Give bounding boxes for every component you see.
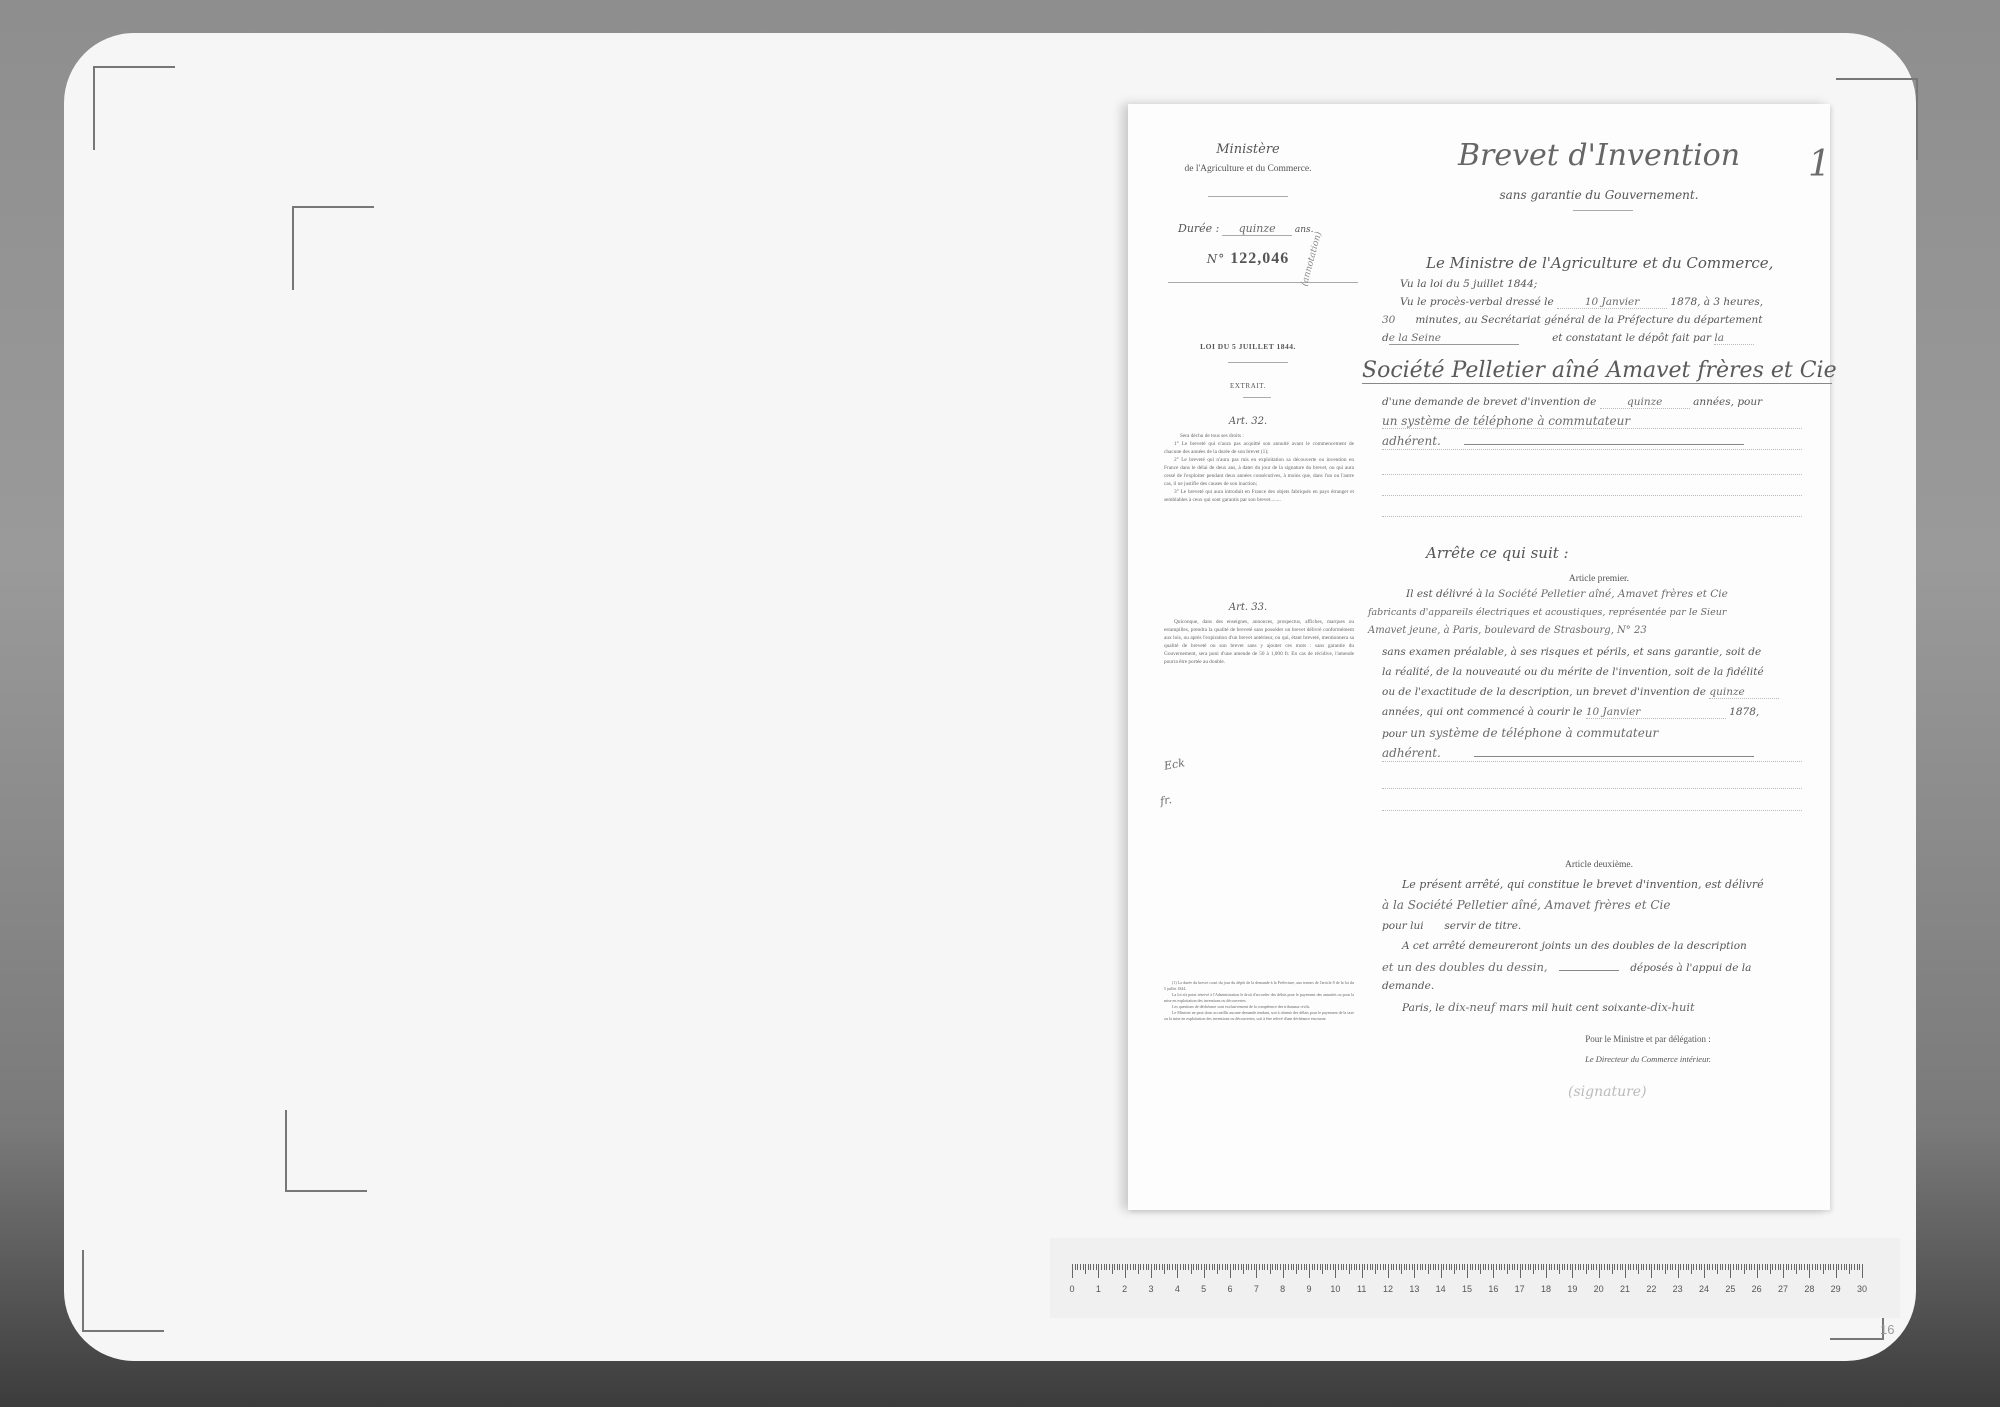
article1-body: sans examen préalable, à ses risques et … xyxy=(1382,646,1812,658)
ruler-tick xyxy=(1783,1264,1784,1278)
ruler-tick xyxy=(1096,1264,1097,1270)
ruler-tick xyxy=(1304,1264,1305,1270)
ruler-tick xyxy=(1496,1264,1497,1270)
duration-unit: ans. xyxy=(1295,225,1314,235)
ruler-tick xyxy=(1525,1264,1526,1270)
patent-number: 122,046 xyxy=(1230,250,1289,267)
arrete-heading: Arrête ce qui suit : xyxy=(1426,544,1569,562)
ruler-tick xyxy=(1754,1264,1755,1270)
ruler-label: 18 xyxy=(1541,1284,1551,1294)
ruler-tick xyxy=(1272,1264,1273,1270)
ruler-tick xyxy=(1351,1264,1352,1270)
article2-line3-suffix: servir de titre. xyxy=(1444,920,1521,932)
signature-line2: Le Directeur du Commerce intérieur. xyxy=(1518,1054,1778,1064)
ruler-tick xyxy=(1707,1264,1708,1270)
ruler-tick xyxy=(1183,1264,1184,1270)
issue-date: dix-neuf mars xyxy=(1448,1000,1528,1014)
date-mid: mil huit cent soixante- xyxy=(1531,1002,1650,1014)
invention-title-end: adhérent. xyxy=(1382,746,1441,760)
ruler-tick xyxy=(1270,1264,1271,1274)
ruler-tick xyxy=(1551,1264,1552,1270)
crop-mark-bottom-left-outer xyxy=(82,1250,164,1332)
ruler-tick xyxy=(1446,1264,1447,1270)
ruler-tick xyxy=(1778,1264,1779,1270)
article1-line2: fabricants d'appareils électriques et ac… xyxy=(1368,607,1818,618)
article2-line3: pour lui servir de titre. xyxy=(1382,920,1812,932)
ruler-tick xyxy=(1146,1264,1147,1270)
ruler-tick xyxy=(1217,1264,1218,1274)
constatant-text: et constatant le dépôt fait par xyxy=(1552,332,1711,344)
ruler-tick xyxy=(1372,1264,1373,1270)
ruler-tick xyxy=(1604,1264,1605,1270)
ruler-tick xyxy=(1588,1264,1589,1270)
ruler-tick xyxy=(1593,1264,1594,1270)
ruler-tick xyxy=(1085,1264,1086,1274)
ruler-tick xyxy=(1309,1264,1310,1278)
article1-prefix: Il est délivré à xyxy=(1406,588,1482,600)
ruler-label: 1 xyxy=(1096,1284,1101,1294)
ruler-tick xyxy=(1393,1264,1394,1270)
ruler-label: 20 xyxy=(1594,1284,1604,1294)
ruler-label: 9 xyxy=(1306,1284,1311,1294)
document-title: Brevet d'Invention xyxy=(1368,138,1830,173)
art32-heading: Art. 32. xyxy=(1128,416,1368,427)
invention-title-line2: adhérent. xyxy=(1382,434,1802,450)
ruler-tick xyxy=(1838,1264,1839,1270)
art32-para: 2° Le breveté qui n'aura pas mis en expl… xyxy=(1164,456,1354,488)
footnote-para: Le Ministre ne peut donc accueillir aucu… xyxy=(1164,1010,1354,1022)
document-subtitle: sans garantie du Gouvernement. xyxy=(1368,188,1830,202)
ruler-tick xyxy=(1154,1264,1155,1270)
ruler-tick xyxy=(1772,1264,1773,1270)
ruler-tick xyxy=(1214,1264,1215,1270)
ruler-label: 23 xyxy=(1673,1284,1683,1294)
ruler-tick xyxy=(1633,1264,1634,1270)
ruler-tick xyxy=(1672,1264,1673,1270)
ruler-tick xyxy=(1599,1264,1600,1278)
ruler-tick xyxy=(1204,1264,1205,1278)
ruler-tick xyxy=(1399,1264,1400,1270)
ruler-tick xyxy=(1791,1264,1792,1270)
ruler-tick xyxy=(1206,1264,1207,1270)
ruler-tick xyxy=(1836,1264,1837,1278)
ruler-tick xyxy=(1622,1264,1623,1270)
ruler-tick xyxy=(1686,1264,1687,1270)
ruler-label: 28 xyxy=(1804,1284,1814,1294)
ruler-tick xyxy=(1090,1264,1091,1270)
ruler-tick xyxy=(1485,1264,1486,1270)
ruler-tick xyxy=(1404,1264,1405,1270)
ruler-tick xyxy=(1320,1264,1321,1270)
ruler-tick xyxy=(1483,1264,1484,1270)
ruler-tick xyxy=(1172,1264,1173,1270)
ruler-tick xyxy=(1591,1264,1592,1270)
article2-line1: Le présent arrêté, qui constitue le brev… xyxy=(1402,878,1822,891)
article1-body4-prefix: années, qui ont commencé à courir le xyxy=(1382,706,1583,718)
footnote-para: (1) La durée du brevet court du jour du … xyxy=(1164,980,1354,992)
art32-para: 1° Le breveté qui n'aura pas acquitté so… xyxy=(1164,440,1354,456)
ruler-tick xyxy=(1530,1264,1531,1270)
ruler-tick xyxy=(1691,1264,1692,1274)
ruler-tick xyxy=(1846,1264,1847,1270)
ruler-tick xyxy=(1280,1264,1281,1270)
issue-date-row: Paris, le dix-neuf mars mil huit cent so… xyxy=(1402,1000,1822,1014)
grantee-name: la Société Pelletier aîné, Amavet frères… xyxy=(1485,588,1728,600)
ruler-tick xyxy=(1830,1264,1831,1270)
minister-line: Le Ministre de l'Agriculture et du Comme… xyxy=(1426,254,1773,272)
ruler-tick xyxy=(1807,1264,1808,1270)
crop-mark-bottom-left-inner xyxy=(285,1110,367,1192)
ruler-tick xyxy=(1367,1264,1368,1270)
ruler-tick xyxy=(1725,1264,1726,1270)
ruler-tick xyxy=(1396,1264,1397,1270)
ruler-tick xyxy=(1462,1264,1463,1270)
ruler-tick xyxy=(1688,1264,1689,1270)
ruler-tick xyxy=(1117,1264,1118,1270)
ruler-tick xyxy=(1143,1264,1144,1270)
ruler-tick xyxy=(1851,1264,1852,1270)
start-year: 1878, xyxy=(1729,706,1759,718)
ruler-tick xyxy=(1607,1264,1608,1270)
margin-initials: Eck xyxy=(1163,756,1186,772)
article2-line6: demande. xyxy=(1382,980,1434,992)
ruler-tick xyxy=(1343,1264,1344,1270)
ruler-tick xyxy=(1759,1264,1760,1270)
ruler-tick xyxy=(1383,1264,1384,1270)
ruler-tick xyxy=(1862,1264,1863,1278)
duration-value: quinze xyxy=(1222,222,1292,236)
blank-line xyxy=(1382,788,1802,789)
ruler-tick xyxy=(1169,1264,1170,1270)
ruler-tick xyxy=(1770,1264,1771,1274)
ruler-tick xyxy=(1704,1264,1705,1278)
ruler-tick xyxy=(1651,1264,1652,1278)
ruler-tick xyxy=(1717,1264,1718,1274)
ruler-tick xyxy=(1114,1264,1115,1270)
ruler-tick xyxy=(1470,1264,1471,1270)
ruler-tick xyxy=(1844,1264,1845,1270)
ruler-tick xyxy=(1346,1264,1347,1270)
ruler-tick xyxy=(1185,1264,1186,1270)
ruler-tick xyxy=(1212,1264,1213,1270)
ruler-tick xyxy=(1575,1264,1576,1270)
article2-grantee: à la Société Pelletier aîné, Amavet frèr… xyxy=(1382,898,1812,912)
ruler-tick xyxy=(1188,1264,1189,1270)
ruler-tick xyxy=(1227,1264,1228,1270)
ruler-tick xyxy=(1549,1264,1550,1270)
ruler-label: 17 xyxy=(1515,1284,1525,1294)
ruler-label: 19 xyxy=(1567,1284,1577,1294)
ruler-tick xyxy=(1857,1264,1858,1270)
law-footnote: (1) La durée du brevet court du jour du … xyxy=(1164,980,1354,1022)
ruler-tick xyxy=(1744,1264,1745,1274)
ruler-tick xyxy=(1799,1264,1800,1270)
ruler-tick xyxy=(1325,1264,1326,1270)
ruler-tick xyxy=(1720,1264,1721,1270)
ruler-tick xyxy=(1654,1264,1655,1270)
ruler-tick xyxy=(1733,1264,1734,1270)
ruler-tick xyxy=(1746,1264,1747,1270)
ruler-tick xyxy=(1657,1264,1658,1270)
ruler-tick xyxy=(1535,1264,1536,1270)
ruler-tick xyxy=(1630,1264,1631,1270)
ruler-label: 14 xyxy=(1436,1284,1446,1294)
left-column: Ministère de l'Agriculture et du Commerc… xyxy=(1128,104,1368,1210)
issue-year: dix-huit xyxy=(1650,1000,1694,1014)
ruler-tick xyxy=(1156,1264,1157,1270)
blank-line xyxy=(1382,516,1802,517)
article1-heading: Article premier. xyxy=(1368,574,1830,584)
article1-body: années, qui ont commencé à courir le 10 … xyxy=(1382,706,1812,719)
ruler-tick xyxy=(1291,1264,1292,1270)
page-number: 16 xyxy=(1880,1322,1894,1337)
ruler-tick xyxy=(1151,1264,1152,1278)
ruler-tick xyxy=(1456,1264,1457,1270)
ruler-tick xyxy=(1683,1264,1684,1270)
ruler-label: 5 xyxy=(1201,1284,1206,1294)
ruler-tick xyxy=(1385,1264,1386,1270)
signature-line1: Pour le Ministre et par délégation : xyxy=(1518,1034,1778,1044)
ruler-tick xyxy=(1425,1264,1426,1270)
article1-body3-prefix: ou de l'exactitude de la description, un… xyxy=(1382,686,1706,698)
ruler-tick xyxy=(1507,1264,1508,1274)
invention-title-end: adhérent. xyxy=(1382,434,1441,448)
ruler-tick xyxy=(1354,1264,1355,1270)
ruler-tick xyxy=(1812,1264,1813,1270)
ruler-tick xyxy=(1628,1264,1629,1270)
ruler-tick xyxy=(1472,1264,1473,1270)
ruler-tick xyxy=(1512,1264,1513,1270)
ruler-tick xyxy=(1101,1264,1102,1270)
article1-body: adhérent. xyxy=(1382,746,1802,762)
ruler-tick xyxy=(1298,1264,1299,1270)
right-column: Brevet d'Invention sans garantie du Gouv… xyxy=(1368,104,1830,1210)
blank-line xyxy=(1382,474,1802,475)
ruler-tick xyxy=(1112,1264,1113,1274)
ruler-tick xyxy=(1499,1264,1500,1270)
art32-para: Sera déchu de tous ses droits : xyxy=(1164,432,1354,440)
divider xyxy=(1243,397,1271,398)
ruler-tick xyxy=(1075,1264,1076,1270)
department-prefix: d xyxy=(1382,332,1389,344)
ruler-tick xyxy=(1662,1264,1663,1270)
ruler-tick xyxy=(1833,1264,1834,1270)
ruler-tick xyxy=(1757,1264,1758,1278)
vu-pv-prefix: Vu le procès-verbal dressé le xyxy=(1400,296,1554,308)
ruler-label: 24 xyxy=(1699,1284,1709,1294)
crop-mark-top-right-outer xyxy=(1836,78,1918,160)
ruler-tick xyxy=(1859,1264,1860,1270)
art32-body: Sera déchu de tous ses droits : 1° Le br… xyxy=(1164,432,1354,504)
ruler-tick xyxy=(1283,1264,1284,1278)
ruler-tick xyxy=(1841,1264,1842,1270)
ruler-tick xyxy=(1314,1264,1315,1270)
ruler-label: 15 xyxy=(1462,1284,1472,1294)
ruler-tick xyxy=(1388,1264,1389,1278)
ruler-tick xyxy=(1330,1264,1331,1270)
ruler-tick xyxy=(1670,1264,1671,1270)
ruler-tick xyxy=(1130,1264,1131,1270)
ruler-label: 0 xyxy=(1069,1284,1074,1294)
ruler-tick xyxy=(1435,1264,1436,1270)
ruler-tick xyxy=(1177,1264,1178,1278)
ruler-tick xyxy=(1175,1264,1176,1270)
ruler-label: 8 xyxy=(1280,1284,1285,1294)
ruler-tick xyxy=(1762,1264,1763,1270)
ruler-tick xyxy=(1409,1264,1410,1270)
ruler-tick xyxy=(1201,1264,1202,1270)
crop-mark-top-left-inner xyxy=(292,206,374,290)
deposit-time: 1878, à 3 heures, xyxy=(1670,296,1763,308)
ruler-tick xyxy=(1701,1264,1702,1270)
ruler-tick xyxy=(1804,1264,1805,1270)
invention-title: un système de téléphone à commutateur xyxy=(1410,726,1658,740)
depositor-article: la xyxy=(1714,332,1754,345)
ruler-tick xyxy=(1401,1264,1402,1274)
ruler-tick xyxy=(1520,1264,1521,1278)
ruler-tick xyxy=(1823,1264,1824,1274)
ruler-tick xyxy=(1809,1264,1810,1278)
ruler-tick xyxy=(1098,1264,1099,1278)
ruler-tick xyxy=(1193,1264,1194,1270)
department-row: de la Seine et constatant le dépôt fait … xyxy=(1382,332,1822,345)
ruler-tick xyxy=(1449,1264,1450,1270)
ruler-label: 30 xyxy=(1857,1284,1867,1294)
ruler-tick xyxy=(1148,1264,1149,1270)
ruler-tick xyxy=(1478,1264,1479,1270)
ruler-tick xyxy=(1420,1264,1421,1270)
ruler-tick xyxy=(1667,1264,1668,1270)
ruler-tick xyxy=(1715,1264,1716,1270)
ruler-tick xyxy=(1377,1264,1378,1270)
ruler-tick xyxy=(1825,1264,1826,1270)
art33-heading: Art. 33. xyxy=(1128,602,1368,613)
invention-title-line1: un système de téléphone à commutateur xyxy=(1382,414,1802,429)
ruler-label: 7 xyxy=(1254,1284,1259,1294)
ruler-tick xyxy=(1646,1264,1647,1270)
ruler-tick xyxy=(1246,1264,1247,1270)
ruler-tick xyxy=(1751,1264,1752,1270)
ruler-tick xyxy=(1412,1264,1413,1270)
ministry-title: Ministère xyxy=(1128,142,1368,157)
ruler-tick xyxy=(1475,1264,1476,1270)
ruler-tick xyxy=(1709,1264,1710,1270)
ruler-tick xyxy=(1241,1264,1242,1270)
ministry-subtitle: de l'Agriculture et du Commerce. xyxy=(1128,164,1368,174)
ruler-tick xyxy=(1680,1264,1681,1270)
ruler-tick xyxy=(1741,1264,1742,1270)
ruler-tick xyxy=(1140,1264,1141,1270)
ruler-tick xyxy=(1451,1264,1452,1270)
article1-body: ou de l'exactitude de la description, un… xyxy=(1382,686,1812,699)
ruler-tick xyxy=(1119,1264,1120,1270)
ruler-tick xyxy=(1533,1264,1534,1274)
ruler-tick xyxy=(1649,1264,1650,1270)
ruler-tick xyxy=(1375,1264,1376,1274)
minutes-value: 30 xyxy=(1382,314,1412,326)
ruler-tick xyxy=(1693,1264,1694,1270)
art32-para: 3° Le breveté qui aura introduit en Fran… xyxy=(1164,488,1354,504)
ruler-tick xyxy=(1443,1264,1444,1270)
ruler-tick xyxy=(1235,1264,1236,1270)
ruler-tick xyxy=(1127,1264,1128,1270)
ruler-tick xyxy=(1559,1264,1560,1274)
depositor-name: Société Pelletier aîné Amavet frères et … xyxy=(1362,358,1832,384)
ruler-tick xyxy=(1262,1264,1263,1270)
ruler-tick xyxy=(1617,1264,1618,1270)
ruler-tick xyxy=(1815,1264,1816,1270)
ruler-tick xyxy=(1586,1264,1587,1274)
demande-prefix: d'une demande de brevet d'invention de xyxy=(1382,396,1596,408)
art33-body: Quiconque, dans des enseignes, annonces,… xyxy=(1164,618,1354,666)
start-date: 10 Janvier xyxy=(1586,706,1726,719)
ruler-tick xyxy=(1391,1264,1392,1270)
ruler-tick xyxy=(1293,1264,1294,1270)
ruler-tick xyxy=(1643,1264,1644,1270)
measurement-ruler: 0123456789101112131415161718192021222324… xyxy=(1050,1238,1900,1318)
ruler-label: 25 xyxy=(1725,1284,1735,1294)
ruler-tick xyxy=(1222,1264,1223,1270)
ruler-tick xyxy=(1296,1264,1297,1274)
number-label: N° xyxy=(1207,252,1226,266)
ruler-tick xyxy=(1786,1264,1787,1270)
ruler-tick xyxy=(1612,1264,1613,1274)
ruler-label: 26 xyxy=(1752,1284,1762,1294)
ruler-tick xyxy=(1522,1264,1523,1270)
ruler-tick xyxy=(1219,1264,1220,1270)
law-title: LOI DU 5 JUILLET 1844. xyxy=(1128,342,1368,351)
ruler-label: 3 xyxy=(1148,1284,1153,1294)
divider xyxy=(1228,362,1288,363)
ruler-tick xyxy=(1699,1264,1700,1270)
ruler-tick xyxy=(1788,1264,1789,1270)
ruler-label: 27 xyxy=(1778,1284,1788,1294)
ruler-tick xyxy=(1546,1264,1547,1278)
article1-body5-prefix: pour xyxy=(1382,728,1407,740)
ruler-tick xyxy=(1162,1264,1163,1270)
ruler-tick xyxy=(1504,1264,1505,1270)
vu-pv-row: Vu le procès-verbal dressé le 10 Janvier… xyxy=(1400,296,1820,309)
ruler-label: 22 xyxy=(1646,1284,1656,1294)
ruler-tick xyxy=(1828,1264,1829,1270)
ruler-tick xyxy=(1480,1264,1481,1274)
ruler-tick xyxy=(1820,1264,1821,1270)
ruler-tick xyxy=(1528,1264,1529,1270)
ruler-tick xyxy=(1675,1264,1676,1270)
patent-document: Ministère de l'Agriculture et du Commerc… xyxy=(1128,104,1830,1210)
ruler-tick xyxy=(1251,1264,1252,1270)
ruler-tick xyxy=(1364,1264,1365,1270)
ruler-tick xyxy=(1341,1264,1342,1270)
ruler-tick xyxy=(1728,1264,1729,1270)
ruler-tick xyxy=(1264,1264,1265,1270)
ruler-tick xyxy=(1267,1264,1268,1270)
ruler-tick xyxy=(1088,1264,1089,1270)
ruler-tick xyxy=(1109,1264,1110,1270)
ruler-label: 2 xyxy=(1122,1284,1127,1294)
ruler-label: 16 xyxy=(1488,1284,1498,1294)
ruler-tick xyxy=(1849,1264,1850,1274)
ruler-label: 11 xyxy=(1357,1284,1366,1294)
ruler-tick xyxy=(1312,1264,1313,1270)
ruler-label: 21 xyxy=(1620,1284,1630,1294)
ruler-tick xyxy=(1459,1264,1460,1270)
ruler-tick xyxy=(1433,1264,1434,1270)
divider xyxy=(1208,196,1288,197)
ruler-tick xyxy=(1430,1264,1431,1270)
ruler-tick xyxy=(1749,1264,1750,1270)
ruler-tick xyxy=(1135,1264,1136,1270)
